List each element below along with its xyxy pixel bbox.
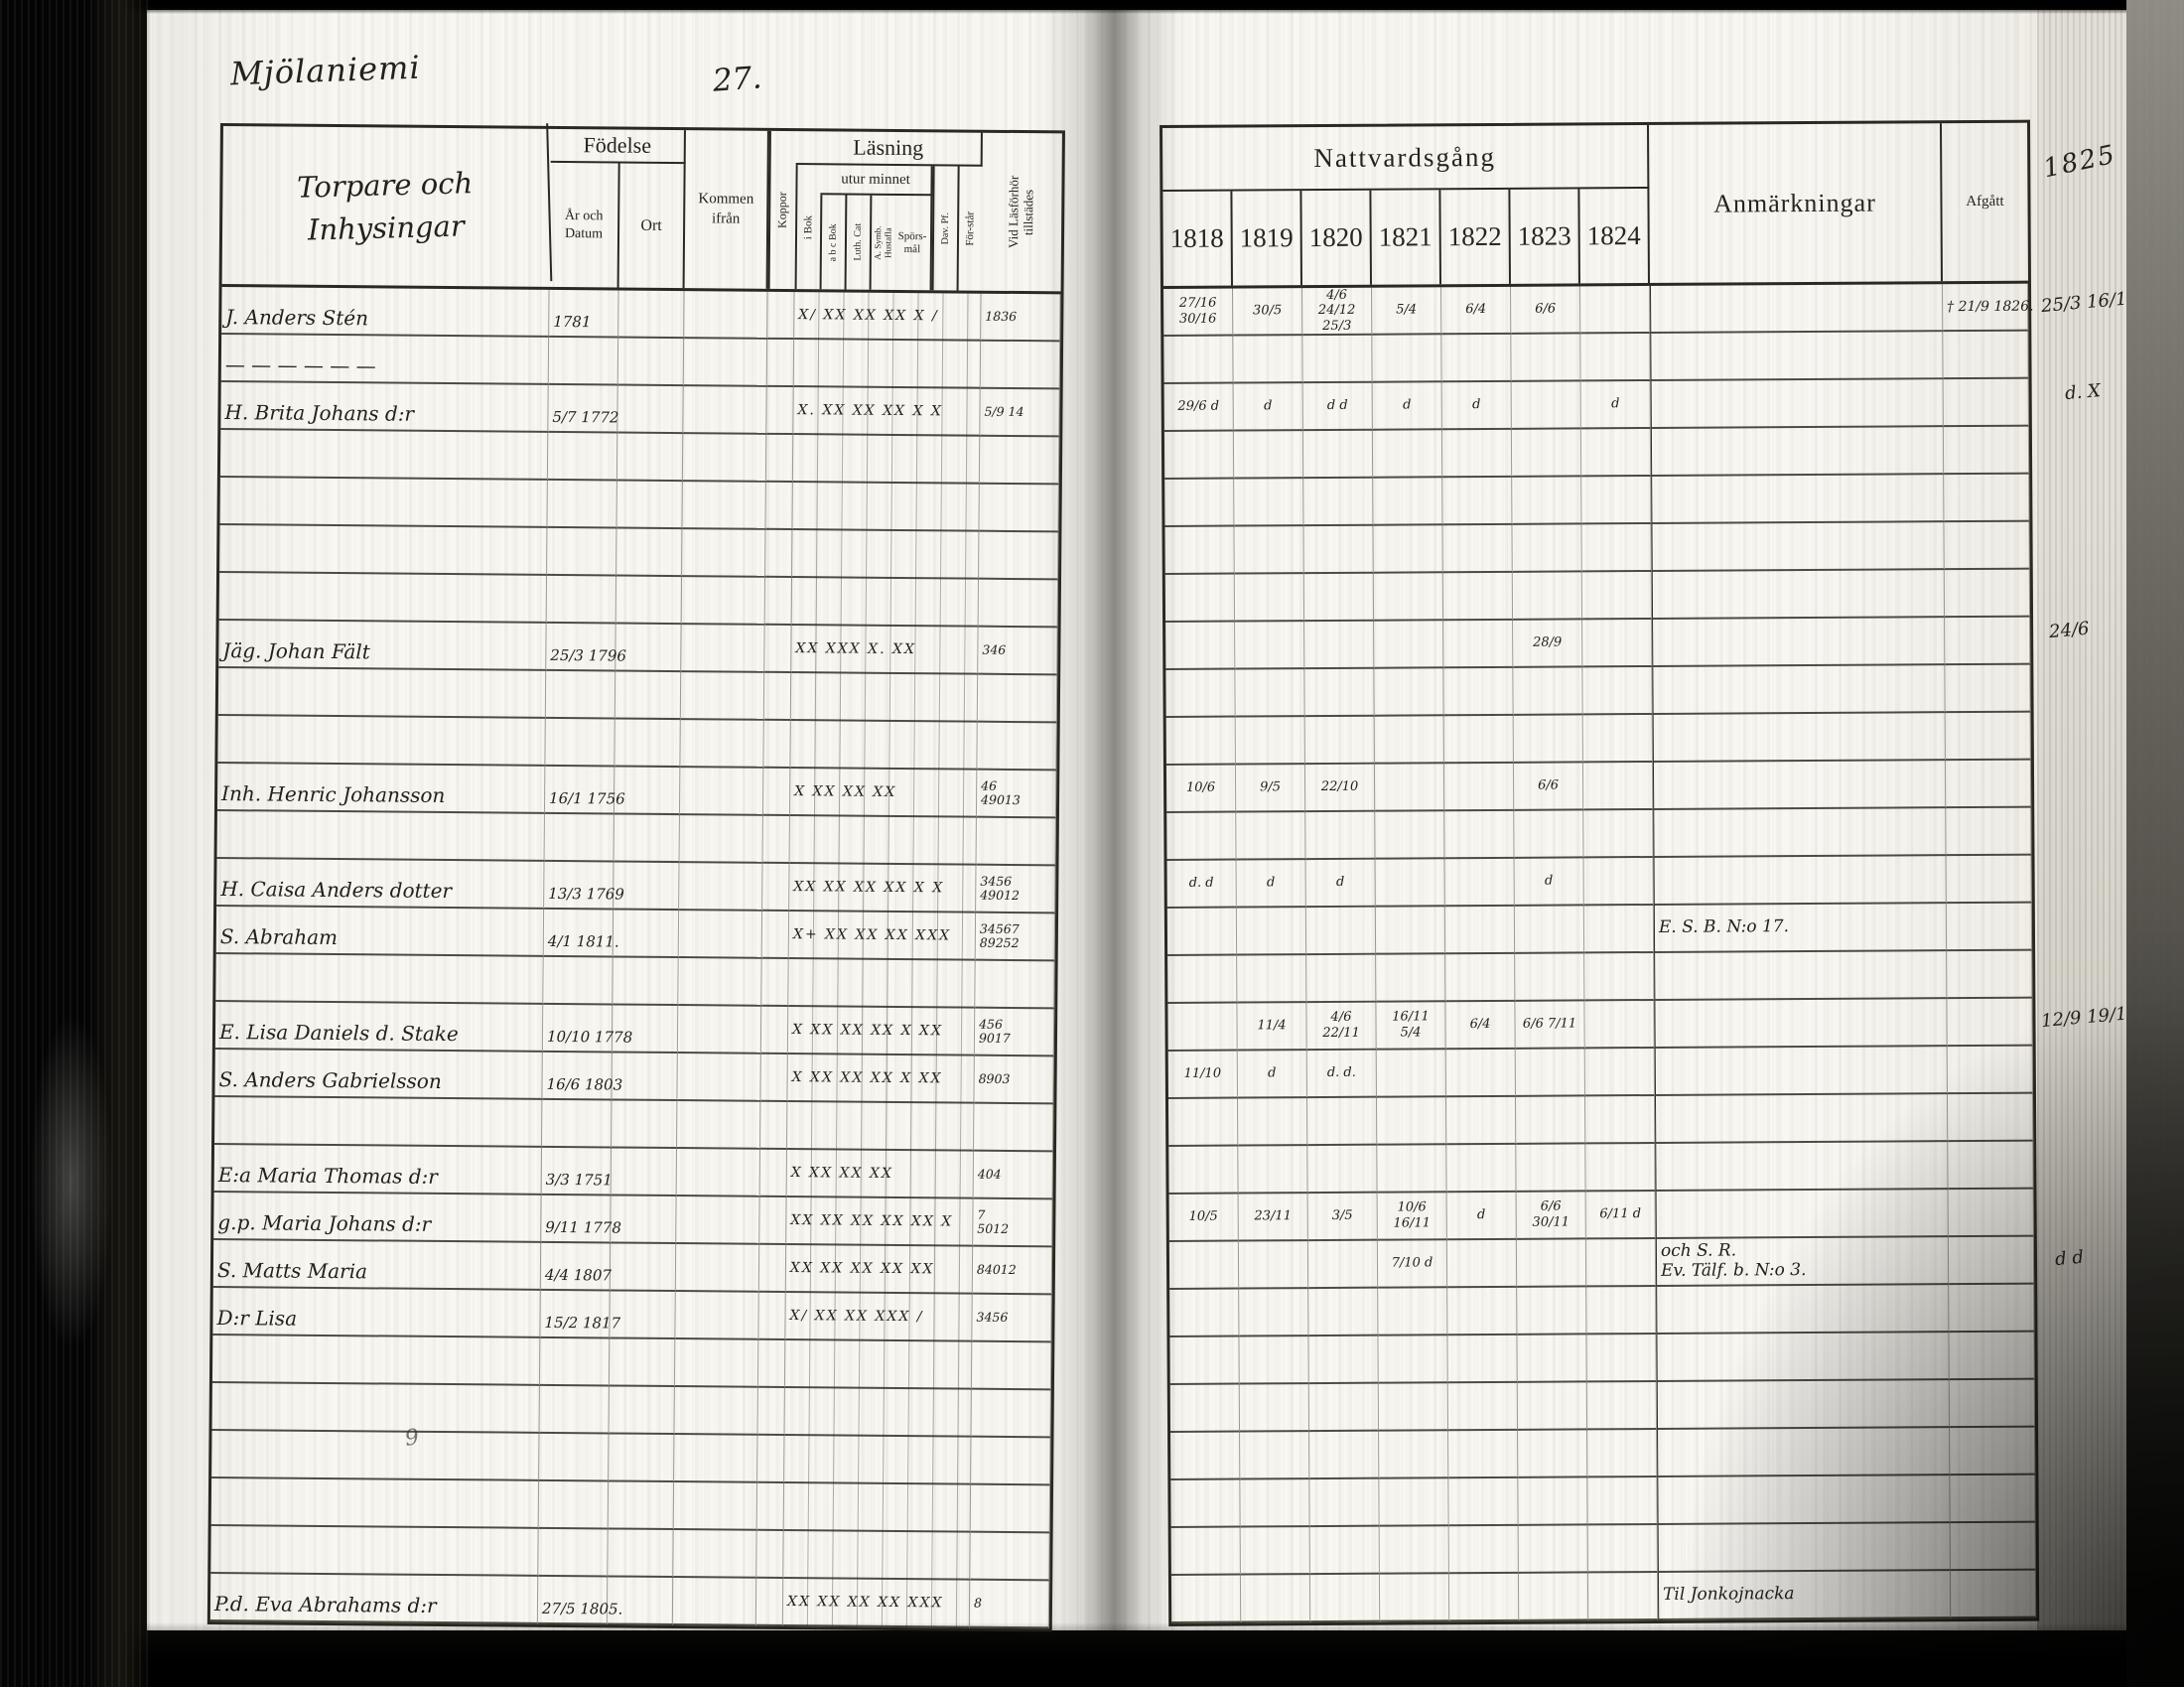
name-cell: S. Matts Maria: [213, 1240, 541, 1291]
communion-cell-1821: [1373, 478, 1442, 525]
column-header-lasning: Läsning: [796, 131, 983, 167]
kommen-ifran-cell: [674, 1482, 757, 1531]
communion-cell-1821: 5/4: [1372, 287, 1441, 335]
afgatt-cell: [1946, 808, 2031, 857]
afgatt-cell: [1948, 1047, 2033, 1095]
communion-cell-1820: d: [1306, 860, 1376, 908]
column-header-i-bok: i Bok: [795, 165, 821, 289]
communion-cell-1818: [1167, 1004, 1237, 1052]
born-date-cell: 15/2 1817: [540, 1291, 610, 1339]
born-date-cell: 10/10 1778: [543, 1005, 613, 1054]
vid-lasforhor-cell: [980, 437, 1059, 486]
communion-cell-1820: 22/10: [1305, 765, 1375, 812]
communion-cell-1822: [1442, 430, 1512, 478]
year-header-1818: 1818: [1162, 192, 1233, 286]
anmarkning-cell: [1652, 618, 1945, 667]
communion-cell-1823: [1513, 667, 1582, 715]
communion-cell-1820: [1309, 1479, 1379, 1527]
right-table: Nattvardsgång 1818 1819 1820 1821 1822 1…: [1160, 120, 2039, 1626]
ort-cell: [609, 1386, 674, 1435]
anmarkning-cell: [1652, 665, 1945, 715]
communion-cell-1820: [1304, 622, 1374, 669]
vid-lasforhor-cell: [974, 1104, 1053, 1153]
communion-cell-1820: [1304, 574, 1374, 622]
name-cell: E:a Maria Thomas d:r: [214, 1145, 542, 1195]
afgatt-cell: [1947, 856, 2032, 905]
communion-cell-1822: [1443, 668, 1513, 716]
communion-cell-1823: [1517, 1239, 1586, 1287]
communion-cell-1821: [1379, 1383, 1448, 1431]
name-cell: [210, 1526, 538, 1577]
column-header-utur-minnet: utur minnet: [820, 165, 932, 196]
communion-cell-1823: [1515, 953, 1584, 1001]
communion-cell-1818: [1163, 337, 1233, 384]
communion-cell-1820: [1306, 908, 1376, 955]
communion-cell-1819: [1234, 526, 1303, 574]
communion-cell-1822: [1447, 1288, 1517, 1336]
born-date-cell: 4/1 1811.: [544, 910, 614, 958]
communion-cell-1818: [1165, 670, 1235, 718]
anmarkning-cell: [1657, 1428, 1950, 1477]
name-cell: [212, 1383, 540, 1434]
koppor-cell: [763, 721, 790, 769]
kommen-ifran-cell: [677, 1054, 760, 1102]
communion-cell-1820: 3/5: [1308, 1194, 1378, 1241]
communion-cell-1823: 6/6: [1514, 763, 1583, 810]
communion-cell-1820: [1307, 1146, 1377, 1194]
communion-cell-1822: [1448, 1478, 1518, 1526]
communion-cell-1821: [1380, 1574, 1449, 1621]
afgatt-cell: [1950, 1476, 2035, 1524]
koppor-cell: [766, 435, 793, 483]
communion-cell-1819: [1234, 479, 1303, 526]
communion-cell-1824: [1586, 1287, 1656, 1335]
page-number: 27.: [712, 60, 763, 98]
born-date-cell: 25/3 1796: [546, 624, 615, 672]
name-cell: J. Anders Stén: [221, 287, 549, 338]
koppor-cell: [761, 959, 788, 1007]
communion-cell-1824: [1585, 1144, 1655, 1192]
communion-cell-1819: d: [1238, 1051, 1307, 1098]
afgatt-cell: [1948, 1094, 2033, 1143]
afgatt-cell: [1944, 379, 2029, 428]
koppor-cell: [757, 1436, 784, 1483]
afgatt-cell: [1949, 1237, 2034, 1286]
name-cell: [219, 478, 547, 528]
communion-cell-1819: [1238, 1098, 1307, 1146]
name-cell: Inh. Henric Johansson: [217, 764, 545, 814]
vid-lasforhor-cell: 46 49013: [977, 771, 1056, 819]
afgatt-cell: [1944, 522, 2029, 571]
communion-cell-1819: [1235, 622, 1304, 669]
communion-cell-1824: [1580, 286, 1650, 334]
communion-cell-1818: [1166, 718, 1236, 766]
communion-cell-1821: [1377, 1097, 1446, 1145]
reading-marks-cell: [792, 530, 979, 580]
communion-cell-1820: 4/6 24/12 25/3: [1302, 288, 1372, 336]
born-date-cell: [545, 814, 614, 863]
kommen-ifran-cell: [682, 529, 765, 578]
ort-cell: [614, 767, 680, 815]
communion-cell-1821: [1373, 525, 1442, 573]
name-cell: [217, 716, 545, 767]
name-cell: S. Abraham: [216, 907, 544, 957]
communion-cell-1824: [1581, 429, 1651, 477]
communion-cell-1824: 6/11 d: [1586, 1192, 1656, 1239]
koppor-cell: [761, 1007, 788, 1054]
anmarkning-cell: [1651, 522, 1944, 572]
anmarkning-cell: [1656, 1285, 1949, 1335]
ort-cell: [616, 576, 682, 625]
communion-cell-1819: [1237, 955, 1306, 1003]
communion-cell-1819: [1233, 336, 1302, 383]
ort-cell: [614, 862, 679, 911]
name-cell: P.d. Eva Abrahams d:r: [210, 1574, 538, 1624]
reading-marks-cell: [790, 721, 977, 771]
ort-cell: [611, 1195, 676, 1244]
kommen-ifran-cell: [675, 1339, 758, 1388]
communion-cell-1823: 6/6: [1511, 286, 1580, 334]
communion-cell-1823: [1511, 334, 1580, 381]
column-header-vid-lasforhor: Vid Läsförhör tillstädes: [982, 133, 1062, 292]
communion-cell-1822: [1444, 764, 1514, 811]
vid-lasforhor-cell: [971, 1390, 1050, 1439]
reading-marks-cell: XX XXX X. XX: [791, 626, 978, 675]
communion-cell-1818: [1167, 956, 1237, 1004]
communion-cell-1818: [1167, 909, 1237, 956]
ort-cell: [611, 1243, 676, 1292]
reading-marks-cell: [785, 1340, 972, 1390]
anmarkning-cell: [1654, 999, 1947, 1049]
name-cell: H. Brita Johans d:r: [220, 382, 548, 433]
anmarkning-cell: E. S. B. N:o 17.: [1654, 904, 1947, 953]
communion-cell-1824: [1580, 334, 1650, 381]
communion-cell-1818: [1169, 1242, 1239, 1290]
vid-lasforhor-cell: [978, 675, 1057, 724]
ort-cell: [610, 1291, 675, 1339]
kommen-ifran-cell: [680, 815, 763, 864]
communion-cell-1820: [1303, 526, 1373, 574]
column-header-ar-och-datum: År och Datum: [550, 163, 620, 288]
born-date-cell: 4/4 1807: [541, 1243, 611, 1292]
name-cell: E. Lisa Daniels d. Stake: [215, 1002, 543, 1053]
reading-marks-cell: [793, 435, 980, 485]
reading-marks-cell: X. XX XX XX X X: [793, 387, 980, 437]
reading-marks-cell: X/ XX XX XX X /: [794, 292, 981, 342]
communion-cell-1821: [1374, 621, 1443, 668]
communion-cell-1823: [1514, 810, 1583, 858]
communion-cell-1819: [1240, 1384, 1309, 1432]
afgatt-cell: [1951, 1523, 2036, 1572]
communion-cell-1818: [1168, 1099, 1238, 1147]
communion-cell-1820: [1302, 336, 1372, 383]
koppor-cell: [762, 912, 789, 959]
communion-cell-1824: [1588, 1573, 1658, 1620]
scan-border-right: [2126, 0, 2184, 1687]
koppor-cell: [763, 816, 790, 864]
koppor-cell: [758, 1340, 785, 1388]
communion-cell-1822: [1446, 1145, 1516, 1193]
afgatt-cell: [1951, 1571, 2036, 1619]
afgatt-cell: [1949, 1285, 2034, 1334]
anmarkning-cell: [1653, 761, 1946, 810]
left-table: Torpare och Inhysingar Födelse År och Da…: [207, 123, 1065, 1631]
anmarkning-cell: [1654, 951, 1947, 1001]
communion-cell-1823: [1519, 1525, 1588, 1573]
afgatt-cell: [1945, 570, 2030, 619]
vid-lasforhor-cell: [977, 723, 1056, 772]
communion-cell-1818: [1170, 1433, 1240, 1480]
vid-lasforhor-cell: [975, 961, 1054, 1010]
communion-cell-1818: 29/6 d: [1164, 384, 1234, 432]
communion-cell-1824: [1583, 763, 1653, 810]
communion-cell-1820: [1310, 1575, 1380, 1622]
born-date-cell: 3/3 1751: [542, 1148, 612, 1196]
kommen-ifran-cell: [684, 291, 767, 340]
communion-cell-1824: d: [1581, 381, 1651, 429]
born-date-cell: [540, 1338, 610, 1387]
ort-cell: [612, 1148, 677, 1196]
afgatt-cell: [1947, 904, 2032, 952]
communion-cell-1822: d: [1447, 1193, 1517, 1240]
kommen-ifran-cell: [679, 911, 762, 959]
reading-marks-cell: X/ XX XX XXX /: [785, 1293, 972, 1342]
vid-lasforhor-cell: [972, 1342, 1051, 1391]
communion-cell-1821: 7/10 d: [1378, 1240, 1447, 1288]
communion-cell-1819: 11/4: [1237, 1003, 1306, 1051]
communion-cell-1820: d. d.: [1307, 1051, 1377, 1098]
communion-cell-1819: [1240, 1479, 1309, 1527]
vid-lasforhor-cell: 404: [974, 1152, 1053, 1200]
communion-cell-1819: 9/5: [1236, 765, 1305, 812]
communion-cell-1823: [1518, 1477, 1587, 1525]
ort-cell: [616, 482, 682, 530]
communion-cell-1824: [1587, 1477, 1657, 1525]
reading-marks-cell: XX XX XX XX XX X: [786, 1197, 973, 1247]
koppor-cell: [759, 1245, 786, 1293]
ort-cell: [618, 291, 684, 340]
anmarkning-cell: [1651, 379, 1944, 429]
reading-marks-cell: XX XX XX XX XXX: [783, 1579, 970, 1628]
vid-lasforhor-cell: 5/9 14: [980, 389, 1059, 438]
communion-cell-1818: [1165, 575, 1235, 623]
communion-cell-1824: [1586, 1239, 1656, 1287]
ort-cell: [609, 1434, 674, 1482]
communion-cell-1824: [1584, 953, 1654, 1001]
communion-cell-1821: [1377, 1050, 1446, 1097]
vid-lasforhor-cell: 84012: [973, 1247, 1052, 1296]
communion-cell-1820: [1305, 717, 1375, 765]
left-table-header: Torpare och Inhysingar Födelse År och Da…: [222, 126, 1062, 294]
communion-cell-1819: d: [1234, 383, 1303, 431]
communion-cell-1818: [1168, 1147, 1238, 1195]
place-name: Mjölaniemi: [229, 49, 421, 93]
reading-marks-cell: X XX XX XX: [787, 1150, 974, 1199]
name-cell: H. Caisa Anders dotter: [216, 859, 544, 910]
name-cell: D:r Lisa: [212, 1288, 540, 1338]
column-header-anmarkningar: Anmärkningar: [1649, 123, 1943, 283]
communion-cell-1823: [1516, 1049, 1585, 1096]
communion-cell-1819: 23/11: [1239, 1194, 1308, 1241]
name-cell: S. Anders Gabrielsson: [214, 1050, 542, 1100]
kommen-ifran-cell: [678, 1006, 761, 1054]
kommen-ifran-cell: [683, 386, 766, 435]
communion-cell-1821: [1376, 859, 1445, 907]
afgatt-cell: [1947, 999, 2032, 1048]
koppor-cell: [764, 673, 791, 721]
communion-cell-1823: [1512, 524, 1581, 572]
born-date-cell: [539, 1481, 609, 1530]
afgatt-cell: [1944, 427, 2029, 476]
communion-cell-1818: [1171, 1576, 1241, 1623]
afgatt-cell: [1949, 1333, 2034, 1381]
kommen-ifran-cell: [673, 1530, 756, 1579]
koppor-cell: [766, 387, 793, 435]
communion-cell-1821: [1375, 764, 1444, 811]
communion-cell-1821: d: [1373, 382, 1442, 430]
koppor-cell: [765, 530, 792, 578]
column-header-fodelse: Födelse: [551, 129, 686, 164]
koppor-cell: [760, 1102, 787, 1150]
communion-cell-1822: [1447, 1240, 1517, 1288]
communion-cell-1822: [1444, 716, 1514, 764]
koppor-cell: [765, 578, 792, 626]
communion-cell-1820: 4/6 22/11: [1306, 1003, 1376, 1051]
communion-cell-1823: [1512, 381, 1581, 429]
communion-cell-1823: [1517, 1335, 1586, 1382]
vid-lasforhor-cell: 3456 49012: [976, 866, 1055, 914]
koppor-cell: [757, 1483, 784, 1531]
koppor-cell: [757, 1388, 784, 1436]
koppor-cell: [767, 340, 794, 387]
communion-cell-1824: [1582, 667, 1652, 715]
communion-cell-1818: 10/6: [1166, 766, 1236, 813]
born-date-cell: [538, 1529, 608, 1578]
reading-marks-cell: [787, 1102, 974, 1152]
reading-marks-cell: [794, 340, 981, 389]
koppor-cell: [759, 1197, 786, 1245]
koppor-cell: [758, 1293, 785, 1340]
communion-cell-1822: [1449, 1526, 1519, 1574]
born-date-cell: 16/1 1756: [545, 767, 614, 815]
communion-cell-1824: [1582, 572, 1652, 620]
reading-marks-cell: [791, 673, 978, 723]
born-date-cell: [547, 528, 616, 577]
communion-cell-1822: [1446, 1097, 1516, 1145]
communion-cell-1823: [1512, 429, 1581, 477]
column-header-nattvardsgang: Nattvardsgång: [1162, 125, 1649, 192]
anmarkning-cell: [1655, 1142, 1948, 1192]
communion-cell-1819: [1234, 431, 1303, 479]
column-header-dav-pf: Dav. Pf.: [932, 166, 958, 290]
born-date-cell: 9/11 1778: [541, 1195, 611, 1244]
kommen-ifran-cell: [673, 1578, 756, 1626]
communion-cell-1824: [1583, 810, 1653, 858]
column-header-kommen-ifran: Kommen ifrån: [685, 130, 769, 289]
vid-lasforhor-cell: 34567 89252: [976, 914, 1055, 962]
column-header-a-symb-hustafla: A. Symb. Hustafla: [870, 196, 895, 290]
name-cell: [219, 525, 547, 576]
vid-lasforhor-cell: 346: [978, 628, 1057, 676]
vid-lasforhor-cell: [977, 818, 1056, 867]
communion-cell-1818: [1169, 1290, 1239, 1337]
vid-lasforhor-cell: [979, 580, 1058, 629]
kommen-ifran-cell: [674, 1387, 757, 1436]
anmarkning-cell: [1650, 284, 1943, 334]
anmarkning-cell: Til Jonkojnacka: [1658, 1571, 1951, 1620]
kommen-ifran-cell: [682, 577, 765, 626]
communion-cell-1821: 16/11 5/4: [1376, 1002, 1445, 1050]
vid-lasforhor-cell: 7 5012: [973, 1199, 1052, 1248]
communion-cell-1822: [1443, 573, 1513, 621]
year-header-1822: 1822: [1440, 190, 1511, 284]
year-header-1824: 1824: [1579, 189, 1650, 283]
afgatt-cell: † 21/9 1826.: [1943, 284, 2028, 333]
communion-cell-1822: [1446, 1050, 1516, 1097]
communion-cell-1823: 28/9: [1513, 620, 1582, 667]
kommen-ifran-cell: [682, 482, 765, 530]
communion-cell-1822: [1443, 621, 1513, 668]
scan-border-top: [0, 0, 2184, 14]
scan-border-bottom: [0, 1622, 2184, 1687]
born-date-cell: [548, 433, 617, 482]
vid-lasforhor-cell: [981, 342, 1060, 390]
communion-cell-1824: [1587, 1382, 1657, 1430]
communion-cell-1823: [1517, 1287, 1586, 1335]
ort-cell: [609, 1481, 674, 1530]
ort-cell: [614, 910, 679, 958]
born-date-cell: 27/5 1805.: [538, 1577, 608, 1625]
kommen-ifran-cell: [681, 625, 764, 673]
communion-cell-1819: [1241, 1527, 1310, 1575]
born-date-cell: 1781: [549, 290, 618, 339]
reading-marks-cell: [784, 1388, 971, 1438]
afgatt-cell: [1945, 618, 2030, 666]
column-header-abc-bok: a b c Bok: [820, 195, 846, 289]
vid-lasforhor-cell: [971, 1485, 1050, 1534]
column-header-forstar: För-står: [957, 166, 983, 290]
communion-cell-1822: [1449, 1574, 1519, 1621]
afgatt-cell: [1947, 951, 2032, 1000]
name-cell: [214, 1097, 542, 1148]
reading-marks-cell: [788, 959, 975, 1009]
reading-marks-cell: X XX XX XX X XX: [787, 1054, 974, 1104]
communion-cell-1822: [1442, 478, 1512, 525]
vid-lasforhor-cell: [979, 485, 1058, 533]
communion-cell-1820: [1305, 812, 1375, 860]
communion-cell-1822: [1441, 335, 1511, 382]
year-header-1821: 1821: [1371, 190, 1441, 284]
name-cell: [211, 1478, 539, 1529]
ort-cell: [610, 1338, 675, 1387]
ort-cell: [612, 1053, 677, 1101]
reading-marks-cell: [784, 1436, 971, 1485]
communion-cell-1818: d. d: [1167, 861, 1237, 909]
ort-cell: [615, 671, 681, 720]
anmarkning-cell: [1655, 1094, 1948, 1144]
communion-cell-1822: d: [1442, 382, 1512, 430]
communion-cell-1818: [1165, 623, 1235, 670]
communion-cell-1820: [1310, 1527, 1380, 1575]
communion-cell-1824: [1585, 1049, 1655, 1096]
reading-marks-cell: X+ XX XX XX XXX: [789, 912, 976, 961]
kommen-ifran-cell: [674, 1435, 757, 1483]
kommen-ifran-cell: [678, 958, 761, 1007]
communion-cell-1821: [1378, 1288, 1447, 1336]
communion-cell-1821: [1376, 954, 1445, 1002]
koppor-cell: [756, 1579, 783, 1626]
communion-cell-1819: [1238, 1146, 1307, 1194]
